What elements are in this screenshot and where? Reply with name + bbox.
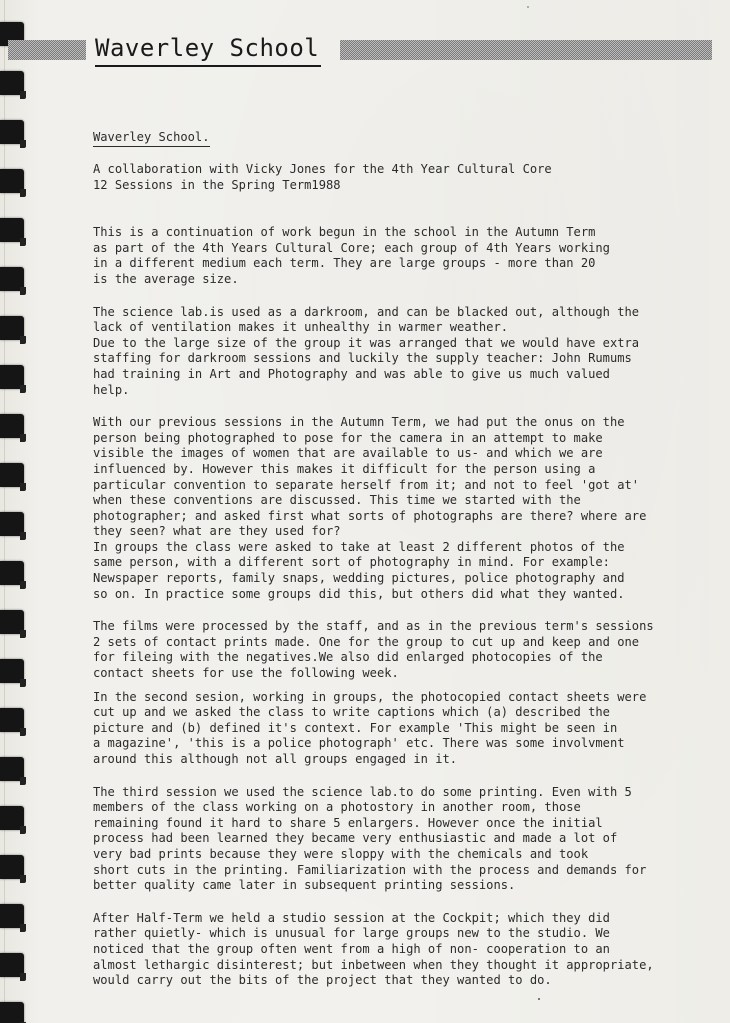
binding-ring [0,169,24,193]
intro-line: A collaboration with Vicky Jones for the… [93,162,693,178]
binding-ring [0,855,24,879]
header-dither-bar-right [340,40,712,60]
binding-ring [0,365,24,389]
binding-ring [0,708,24,732]
binding-ring [0,316,24,340]
binding-ring [0,1002,24,1023]
page-title: Waverley School [95,34,319,62]
binding-ring [0,659,24,683]
paragraph-second-session: In the second sesion, working in groups,… [93,690,693,768]
paragraph-science-lab: The science lab.is used as a darkroom, a… [93,305,693,399]
paper-speck [538,998,540,1000]
paper-speck [527,6,529,8]
binding-ring [0,757,24,781]
paragraph-half-term: After Half-Term we held a studio session… [93,911,693,989]
binding-ring [0,561,24,585]
header-dither-bar-left [8,40,86,60]
binding-ring [0,218,24,242]
paragraph-films-processed: The films were processed by the staff, a… [93,619,693,681]
paragraph-continuation: This is a continuation of work begun in … [93,225,693,287]
spiral-binding [0,0,30,1023]
binding-ring [0,610,24,634]
document-page: Waverley School Waverley School. A colla… [0,0,730,1023]
document-body: Waverley School. A collaboration with Vi… [93,130,693,989]
paragraph-third-session: The third session we used the science la… [93,785,693,894]
binding-ring [0,512,24,536]
binding-ring [0,120,24,144]
binding-ring [0,904,24,928]
binding-ring [0,267,24,291]
intro-line: 12 Sessions in the Spring Term1988 [93,178,693,194]
paragraph-previous-sessions: With our previous sessions in the Autumn… [93,415,693,602]
title-underline [95,65,321,67]
page-header: Waverley School [0,36,730,76]
binding-ring [0,806,24,830]
section-title: Waverley School. [93,130,210,147]
binding-ring [0,414,24,438]
binding-ring [0,463,24,487]
binding-ring [0,953,24,977]
